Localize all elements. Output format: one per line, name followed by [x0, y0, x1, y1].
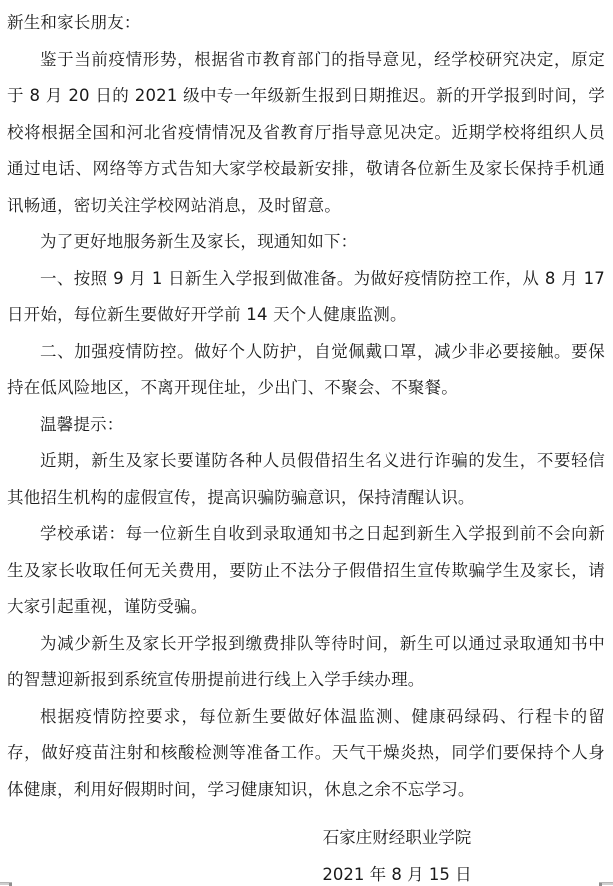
paragraph: 为减少新生及家长开学报到缴费排队等待时间，新生可以通过录取通知书中的智慧迎新报到…: [7, 626, 605, 699]
paragraph: 为了更好地服务新生及家长，现通知如下：: [7, 224, 605, 261]
paragraph: 一、按照 9 月 1 日新生入学报到做准备。为做好疫情防控工作，从 8 月 17…: [7, 261, 605, 334]
paragraph: 二、加强疫情防控。做好个人防护，自觉佩戴口罩，减少非必要接触。要保持在低风险地区…: [7, 334, 605, 407]
scrollbar-fragment-left: [0, 882, 12, 885]
paragraph: 根据疫情防控要求，每位新生要做好体温监测、健康码绿码、行程卡的留存，做好疫苗注射…: [7, 699, 605, 809]
document-body: 新生和家长朋友： 鉴于当前疫情形势，根据省市教育部门的指导意见，经学校研究决定，…: [7, 5, 605, 808]
notice-document-page: 新生和家长朋友： 鉴于当前疫情形势，根据省市教育部门的指导意见，经学校研究决定，…: [0, 0, 613, 886]
paragraph: 鉴于当前疫情形势，根据省市教育部门的指导意见，经学校研究决定，原定于 8 月 2…: [7, 42, 605, 225]
paragraph: 近期，新生及家长要谨防各种人员假借招生名义进行诈骗的发生，不要轻信其他招生机构的…: [7, 443, 605, 516]
salutation-line: 新生和家长朋友：: [7, 5, 605, 42]
signature-block: 石家庄财经职业学院 2021 年 8 月 15 日: [307, 820, 487, 886]
scrollbar-fragment-right: [599, 882, 613, 885]
signature-date: 2021 年 8 月 15 日: [307, 857, 487, 886]
paragraph: 学校承诺：每一位新生自收到录取通知书之日起到新生入学报到前不会向新生及家长收取任…: [7, 516, 605, 626]
signature-organization: 石家庄财经职业学院: [307, 820, 487, 857]
paragraph: 温馨提示：: [7, 407, 605, 444]
